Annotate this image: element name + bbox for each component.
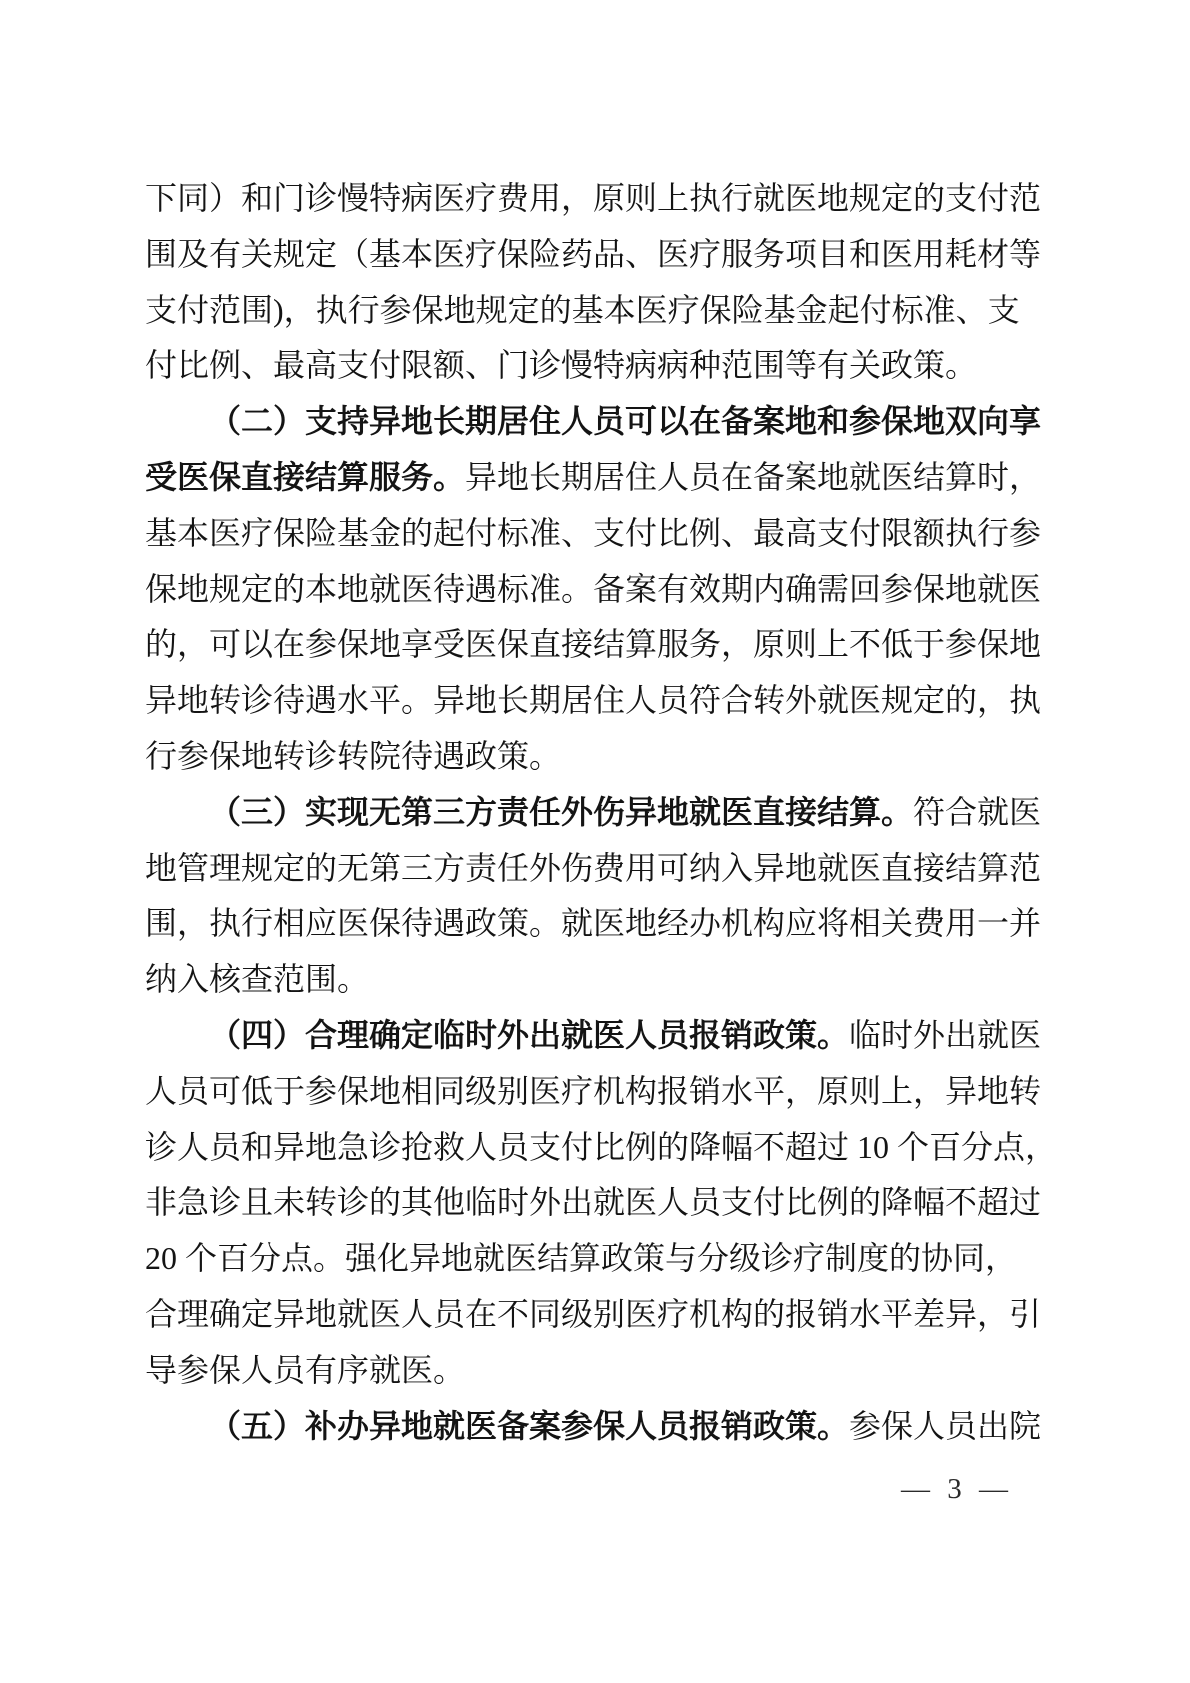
body-text: 付比例、最高支付限额、门诊慢特病病种范围等有关政策。	[145, 347, 977, 383]
body-text: 临时外出就医	[849, 1017, 1041, 1053]
paragraph-line: 合理确定异地就医人员在不同级别医疗机构的报销水平差异，引	[145, 1287, 1045, 1343]
paragraph-line: 受医保直接结算服务。异地长期居住人员在备案地就医结算时，	[145, 450, 1045, 506]
page-number: — 3 —	[901, 1472, 1008, 1506]
section-heading-text: 受医保直接结算服务。	[145, 459, 465, 495]
paragraph-line: 非急诊且未转诊的其他临时外出就医人员支付比例的降幅不超过	[145, 1175, 1045, 1231]
body-text: 异地长期居住人员在备案地就医结算时，	[465, 459, 1041, 495]
body-text: 异地转诊待遇水平。异地长期居住人员符合转外就医规定的，执	[145, 682, 1041, 718]
body-text: 支付范围)，执行参保地规定的基本医疗保险基金起付标准、支	[145, 292, 1020, 328]
body-text: 人员可低于参保地相同级别医疗机构报销水平，原则上，异地转	[145, 1073, 1041, 1109]
paragraph-line-section-2-start: （二）支持异地长期居住人员可以在备案地和参保地双向享	[145, 394, 1045, 450]
paragraph-line: 付比例、最高支付限额、门诊慢特病病种范围等有关政策。	[145, 338, 1045, 394]
page-number-text: — 3 —	[901, 1473, 1008, 1505]
body-text: 纳入核查范围。	[145, 961, 369, 997]
paragraph-line: 下同）和门诊慢特病医疗费用，原则上执行就医地规定的支付范	[145, 171, 1045, 227]
body-text: 保地规定的本地就医待遇标准。备案有效期内确需回参保地就医	[145, 571, 1041, 607]
body-text: 围及有关规定（基本医疗保险药品、医疗服务项目和医用耗材等	[145, 236, 1041, 272]
paragraph-line: 诊人员和异地急诊抢救人员支付比例的降幅不超过 10 个百分点，	[145, 1120, 1045, 1176]
paragraph-line: 保地规定的本地就医待遇标准。备案有效期内确需回参保地就医	[145, 562, 1045, 618]
body-text: 诊人员和异地急诊抢救人员支付比例的降幅不超过 10 个百分点，	[145, 1129, 1057, 1165]
paragraph-line: 基本医疗保险基金的起付标准、支付比例、最高支付限额执行参	[145, 506, 1045, 562]
paragraph-line: 围，执行相应医保待遇政策。就医地经办机构应将相关费用一并	[145, 896, 1045, 952]
document-page: 下同）和门诊慢特病医疗费用，原则上执行就医地规定的支付范 围及有关规定（基本医疗…	[0, 0, 1190, 1683]
paragraph-line: 导参保人员有序就医。	[145, 1343, 1045, 1399]
paragraph-line: 支付范围)，执行参保地规定的基本医疗保险基金起付标准、支	[145, 283, 1045, 339]
body-text: 导参保人员有序就医。	[145, 1352, 465, 1388]
body-text: 地管理规定的无第三方责任外伤费用可纳入异地就医直接结算范	[145, 850, 1041, 886]
body-text: 符合就医	[913, 794, 1041, 830]
section-heading-text: （五）补办异地就医备案参保人员报销政策。	[209, 1408, 849, 1444]
body-text: 基本医疗保险基金的起付标准、支付比例、最高支付限额执行参	[145, 515, 1041, 551]
paragraph-line-section-3-start: （三）实现无第三方责任外伤异地就医直接结算。符合就医	[145, 785, 1045, 841]
paragraph-line: 纳入核查范围。	[145, 952, 1045, 1008]
body-text: 20 个百分点。强化异地就医结算政策与分级诊疗制度的协同，	[145, 1240, 1017, 1276]
body-text: 行参保地转诊转院待遇政策。	[145, 738, 561, 774]
body-text: 参保人员出院	[849, 1408, 1041, 1444]
paragraph-line: 地管理规定的无第三方责任外伤费用可纳入异地就医直接结算范	[145, 841, 1045, 897]
section-heading-text: （二）支持异地长期居住人员可以在备案地和参保地双向享	[209, 403, 1041, 439]
paragraph-line-section-5-start: （五）补办异地就医备案参保人员报销政策。参保人员出院	[145, 1399, 1045, 1455]
section-heading-text: （四）合理确定临时外出就医人员报销政策。	[209, 1017, 849, 1053]
paragraph-line: 的，可以在参保地享受医保直接结算服务，原则上不低于参保地	[145, 617, 1045, 673]
text-block: 下同）和门诊慢特病医疗费用，原则上执行就医地规定的支付范 围及有关规定（基本医疗…	[145, 171, 1045, 1454]
body-text: 围，执行相应医保待遇政策。就医地经办机构应将相关费用一并	[145, 905, 1041, 941]
paragraph-line: 20 个百分点。强化异地就医结算政策与分级诊疗制度的协同，	[145, 1231, 1045, 1287]
section-heading-text: （三）实现无第三方责任外伤异地就医直接结算。	[209, 794, 913, 830]
body-text: 的，可以在参保地享受医保直接结算服务，原则上不低于参保地	[145, 626, 1041, 662]
paragraph-line: 行参保地转诊转院待遇政策。	[145, 729, 1045, 785]
paragraph-line: 人员可低于参保地相同级别医疗机构报销水平，原则上，异地转	[145, 1064, 1045, 1120]
body-text: 合理确定异地就医人员在不同级别医疗机构的报销水平差异，引	[145, 1296, 1041, 1332]
paragraph-line-section-4-start: （四）合理确定临时外出就医人员报销政策。临时外出就医	[145, 1008, 1045, 1064]
body-text: 下同）和门诊慢特病医疗费用，原则上执行就医地规定的支付范	[145, 180, 1041, 216]
body-text: 非急诊且未转诊的其他临时外出就医人员支付比例的降幅不超过	[145, 1184, 1041, 1220]
paragraph-line: 异地转诊待遇水平。异地长期居住人员符合转外就医规定的，执	[145, 673, 1045, 729]
paragraph-line: 围及有关规定（基本医疗保险药品、医疗服务项目和医用耗材等	[145, 227, 1045, 283]
